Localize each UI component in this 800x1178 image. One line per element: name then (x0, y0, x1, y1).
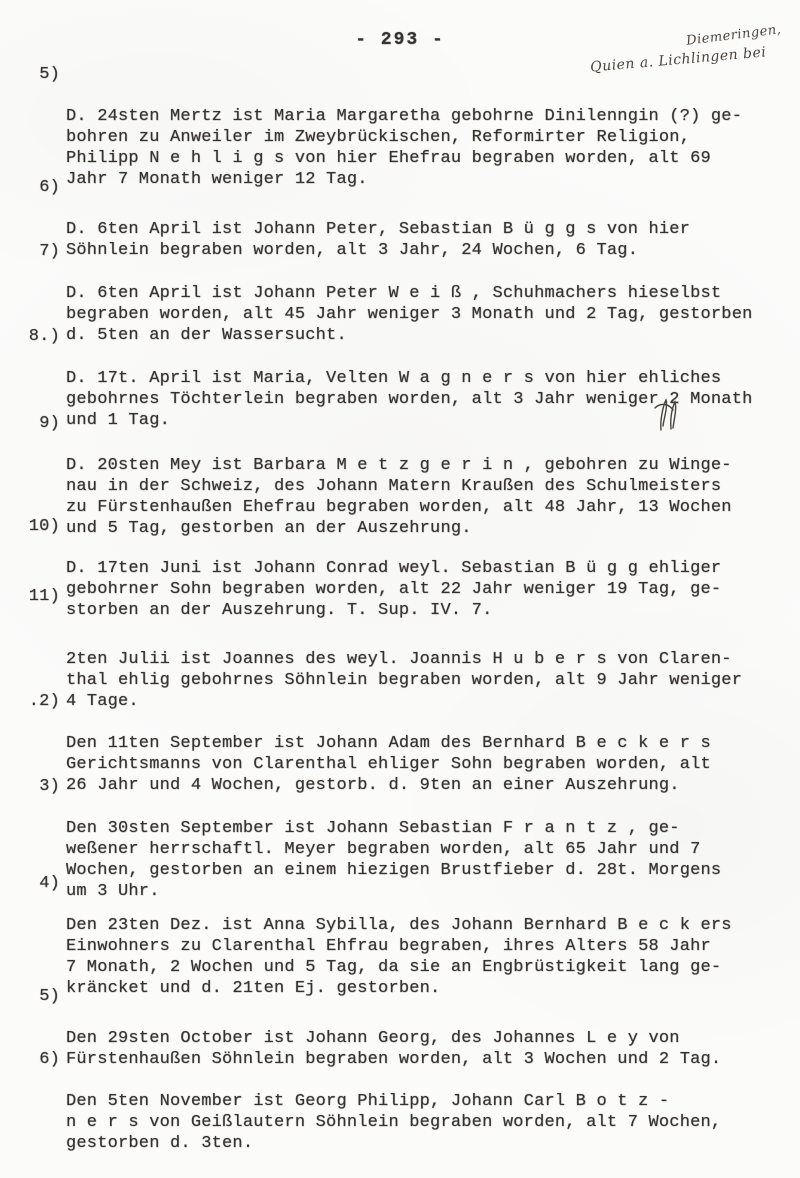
entry-number: .2) (20, 691, 60, 712)
entry-number: 7) (20, 241, 60, 262)
entry-number: 9) (20, 413, 60, 434)
entry-number: 11) (20, 586, 60, 607)
scanned-register-page: - 293 - Diemeringen, Quien a. Lichlingen… (0, 0, 800, 1178)
entry-number: 5) (20, 986, 60, 1007)
entry-number: 3) (20, 776, 60, 797)
entry-number: 8.) (20, 326, 60, 347)
burial-entry-14: 4) Den 23ten Dez. ist Anna Sybilla, des … (20, 873, 768, 999)
burial-entry-16: 6) Den 5ten November ist Georg Philipp, … (20, 1049, 768, 1154)
burial-entry-5: 5) D. 24sten Mertz ist Maria Margaretha … (20, 64, 768, 190)
entry-number: 10) (20, 516, 60, 537)
entry-number: 5) (20, 64, 60, 85)
entry-text: Den 5ten November ist Georg Philipp, Joh… (66, 1092, 721, 1153)
entry-number: 6) (20, 1049, 60, 1070)
entry-number: 6) (20, 177, 60, 198)
entry-number: 4) (20, 873, 60, 894)
page-number: - 293 - (0, 30, 800, 51)
